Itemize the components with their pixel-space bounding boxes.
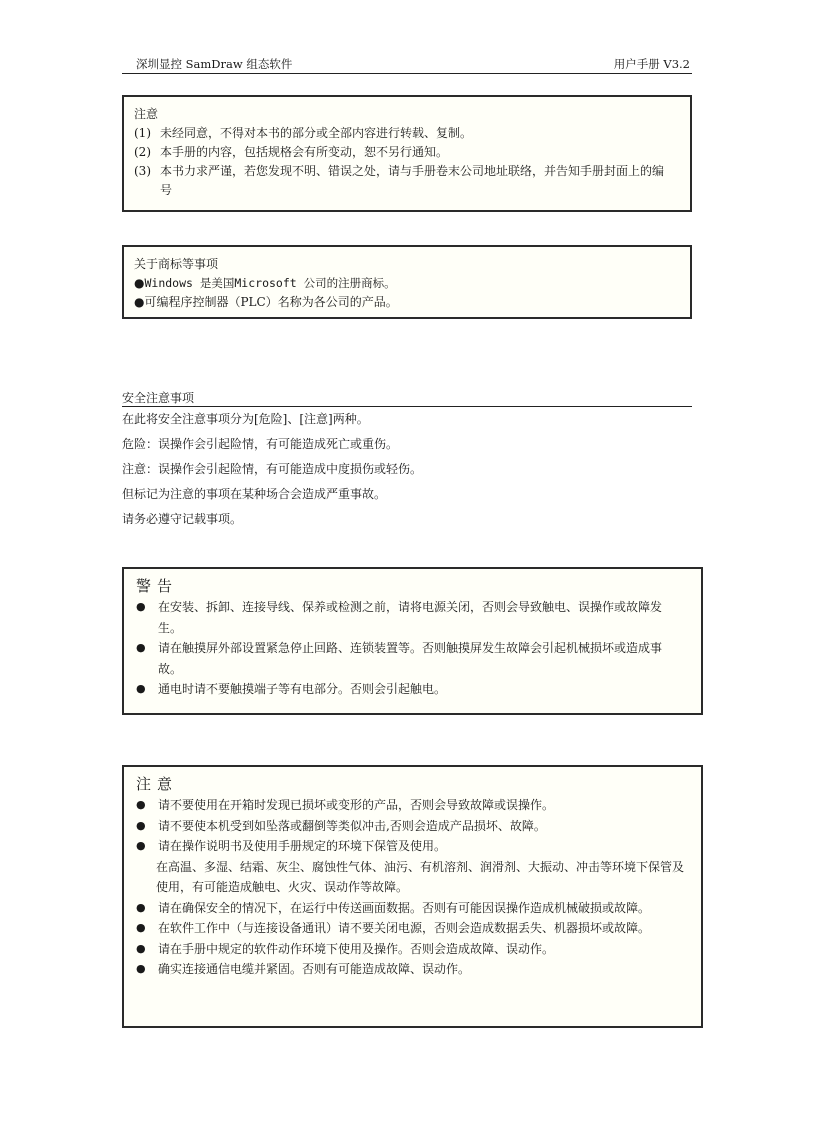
bullet-icon: ● [134, 295, 144, 309]
caution-item: ● 请在操作说明书及使用手册规定的环境下保管及使用。 [134, 836, 691, 857]
header-manual-version: 用户手册 V3.2 [614, 57, 690, 71]
notice-box-title: 注意 [134, 104, 680, 124]
caution-box-title: 注意 [134, 773, 691, 795]
warning-item: ● 在安装、拆卸、连接导线、保养或检测之前，请将电源关闭，否则会导致触电、误操作… [134, 597, 691, 638]
item-text: 请在手册中规定的软件动作环境下使用及操作。否则会造成故障、误动作。 [158, 939, 554, 960]
item-text: 通电时请不要触摸端子等有电部分。否则会引起触电。 [158, 679, 446, 700]
item-text: 请不要使用在开箱时发现已损坏或变形的产品，否则会导致故障或误操作。 [158, 795, 554, 816]
warning-box: 警告 ● 在安装、拆卸、连接导线、保养或检测之前，请将电源关闭，否则会导致触电、… [122, 567, 703, 715]
page-header: 深圳显控 SamDraw 组态软件 用户手册 V3.2 [122, 57, 692, 74]
item-number: (1) [134, 124, 160, 143]
notice-item: (1) 未经同意，不得对本书的部分或全部内容进行转载、复制。 [134, 124, 680, 143]
trademark-box: 关于商标等事项 ●Windows 是美国Microsoft 公司的注册商标。 ●… [122, 245, 692, 319]
caution-item: ● 在软件工作中（与连接设备通讯）请不要关闭电源，否则会造成数据丢失、机器损坏或… [134, 918, 691, 939]
bullet-icon: ● [134, 959, 158, 980]
warning-box-title: 警告 [134, 575, 691, 597]
caution-item: ● 确实连接通信电缆并紧固。否则有可能造成故障、误动作。 [134, 959, 691, 980]
item-text: 本书力求严谨，若您发现不明、错误之处，请与手册卷末公司地址联络，并告知手册封面上… [160, 162, 680, 200]
bullet-icon: ● [134, 918, 158, 939]
item-text: 请在操作说明书及使用手册规定的环境下保管及使用。 [158, 836, 446, 857]
paragraph: 在此将安全注意事项分为[危险]、[注意]两种。 [122, 407, 692, 432]
caution-item-detail: 在高温、多湿、结霜、灰尘、腐蚀性气体、油污、有机溶剂、润滑剂、大振动、冲击等环境… [134, 857, 691, 898]
item-text: 请在确保安全的情况下，在运行中传送画面数据。否则有可能因误操作造成机械破损或故障… [158, 898, 656, 919]
trademark-item: ●可编程序控制器（PLC）名称为各公司的产品。 [134, 293, 680, 312]
section-title: 安全注意事项 [122, 390, 692, 407]
bullet-icon: ● [134, 795, 158, 816]
item-text: 请在触摸屏外部设置紧急停止回路、连锁装置等。否则触摸屏发生故障会引起机械损坏或造… [158, 638, 691, 679]
warning-item: ● 请在触摸屏外部设置紧急停止回路、连锁装置等。否则触摸屏发生故障会引起机械损坏… [134, 638, 691, 679]
item-text: 未经同意，不得对本书的部分或全部内容进行转载、复制。 [160, 124, 472, 143]
item-number: (2) [134, 143, 160, 162]
item-text: 在软件工作中（与连接设备通讯）请不要关闭电源，否则会造成数据丢失、机器损坏或故障… [158, 918, 656, 939]
bullet-icon: ● [134, 679, 158, 700]
bullet-icon: ● [134, 939, 158, 960]
caution-item: ● 请在手册中规定的软件动作环境下使用及操作。否则会造成故障、误动作。 [134, 939, 691, 960]
bullet-icon: ● [134, 836, 158, 857]
notice-box: 注意 (1) 未经同意，不得对本书的部分或全部内容进行转载、复制。 (2) 本手… [122, 95, 692, 212]
trademark-box-title: 关于商标等事项 [134, 254, 680, 274]
bullet-icon: ● [134, 276, 144, 290]
bullet-icon: ● [134, 638, 158, 679]
item-number: (3) [134, 162, 160, 200]
paragraph: 注意：误操作会引起险情，有可能造成中度损伤或轻伤。 [122, 457, 692, 482]
item-text: 在安装、拆卸、连接导线、保养或检测之前，请将电源关闭，否则会导致触电、误操作或故… [158, 597, 691, 638]
warning-item: ● 通电时请不要触摸端子等有电部分。否则会引起触电。 [134, 679, 691, 700]
item-text: Windows 是美国Microsoft 公司的注册商标。 [144, 276, 395, 290]
trademark-item: ●Windows 是美国Microsoft 公司的注册商标。 [134, 274, 680, 293]
bullet-icon: ● [134, 816, 158, 837]
caution-item: ● 请不要使本机受到如坠落或翻倒等类似冲击,否则会造成产品损坏、故障。 [134, 816, 691, 837]
bullet-icon: ● [134, 597, 158, 638]
paragraph: 但标记为注意的事项在某种场合会造成严重事故。 [122, 482, 692, 507]
caution-item: ● 请不要使用在开箱时发现已损坏或变形的产品，否则会导致故障或误操作。 [134, 795, 691, 816]
bullet-icon: ● [134, 898, 158, 919]
item-text: 确实连接通信电缆并紧固。否则有可能造成故障、误动作。 [158, 959, 470, 980]
notice-item: (3) 本书力求严谨，若您发现不明、错误之处，请与手册卷末公司地址联络，并告知手… [134, 162, 680, 200]
item-text: 可编程序控制器（PLC）名称为各公司的产品。 [144, 295, 397, 309]
caution-box: 注意 ● 请不要使用在开箱时发现已损坏或变形的产品，否则会导致故障或误操作。 ●… [122, 765, 703, 1028]
safety-section: 安全注意事项 在此将安全注意事项分为[危险]、[注意]两种。 危险：误操作会引起… [122, 390, 692, 532]
notice-item: (2) 本手册的内容，包括规格会有所变动，恕不另行通知。 [134, 143, 680, 162]
caution-item: ● 请在确保安全的情况下，在运行中传送画面数据。否则有可能因误操作造成机械破损或… [134, 898, 691, 919]
item-text: 本手册的内容，包括规格会有所变动，恕不另行通知。 [160, 143, 448, 162]
item-text: 请不要使本机受到如坠落或翻倒等类似冲击,否则会造成产品损坏、故障。 [158, 816, 546, 837]
paragraph: 请务必遵守记载事项。 [122, 507, 692, 532]
header-product-title: 深圳显控 SamDraw 组态软件 [136, 57, 292, 71]
paragraph: 危险：误操作会引起险情，有可能造成死亡或重伤。 [122, 432, 692, 457]
